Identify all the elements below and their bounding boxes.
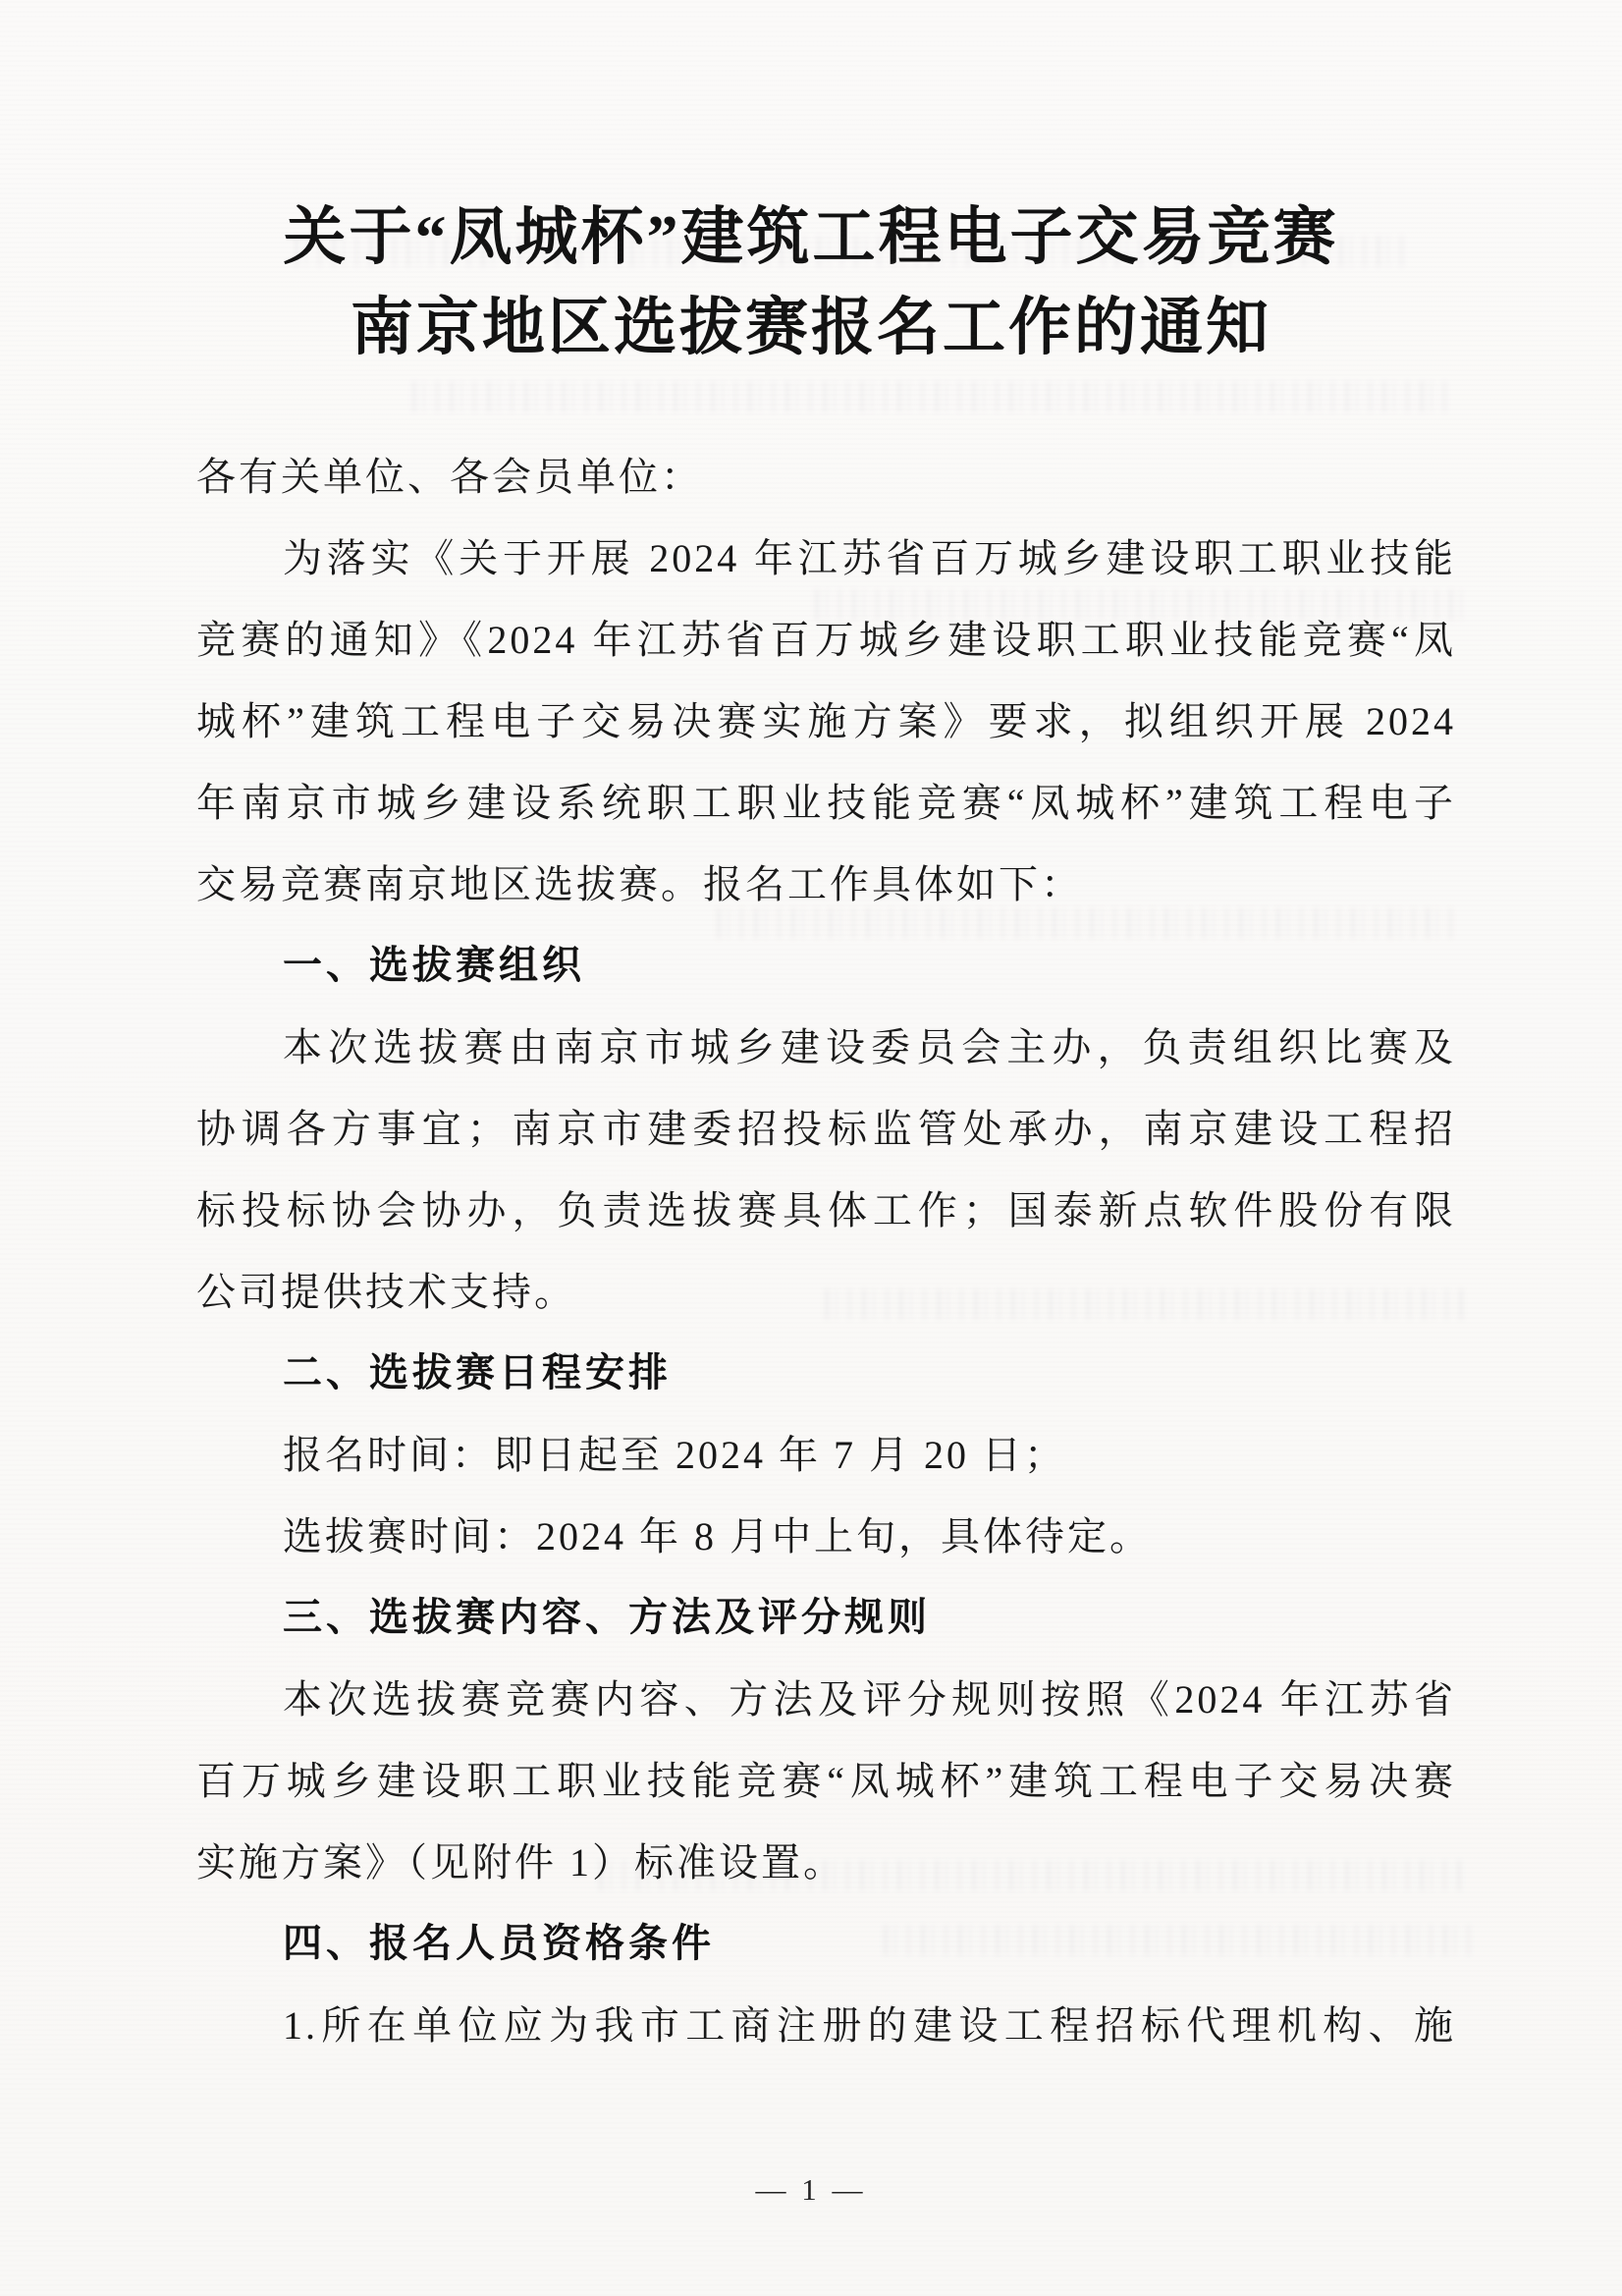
body-line: 标投标协会协办，负责选拔赛具体工作；国泰新点软件股份有限 bbox=[196, 1170, 1456, 1251]
scanned-notice-page: 关于“凤城杯”建筑工程电子交易竞赛 南京地区选拔赛报名工作的通知 各有关单位、各… bbox=[0, 0, 1622, 2296]
body-line: 公司提供技术支持。 bbox=[196, 1251, 1456, 1333]
section-heading-1: 一、选拔赛组织 bbox=[196, 925, 1456, 1007]
section-heading-2: 二、选拔赛日程安排 bbox=[196, 1333, 1456, 1414]
page-number: — 1 — bbox=[0, 2172, 1622, 2208]
document-title-line-2: 南京地区选拔赛报名工作的通知 bbox=[0, 283, 1622, 373]
body-line: 1.所在单位应为我市工商注册的建设工程招标代理机构、施 bbox=[196, 1985, 1456, 2066]
section-heading-3: 三、选拔赛内容、方法及评分规则 bbox=[196, 1577, 1456, 1659]
body-line: 报名时间：即日起至 2024 年 7 月 20 日； bbox=[196, 1414, 1456, 1496]
section-heading-4: 四、报名人员资格条件 bbox=[196, 1903, 1456, 1985]
body-line: 交易竞赛南京地区选拔赛。报名工作具体如下： bbox=[196, 844, 1456, 925]
body-line: 协调各方事宜；南京市建委招投标监管处承办，南京建设工程招 bbox=[196, 1088, 1456, 1170]
body-line: 实施方案》（见附件 1）标准设置。 bbox=[196, 1822, 1456, 1903]
body-line: 本次选拔赛竞赛内容、方法及评分规则按照《2024 年江苏省 bbox=[196, 1659, 1456, 1740]
body-line: 竞赛的通知》《2024 年江苏省百万城乡建设职工职业技能竞赛“凤 bbox=[196, 599, 1456, 681]
body-line: 选拔赛时间：2024 年 8 月中上旬，具体待定。 bbox=[196, 1496, 1456, 1577]
document-title: 关于“凤城杯”建筑工程电子交易竞赛 南京地区选拔赛报名工作的通知 bbox=[0, 192, 1622, 373]
document-body: 各有关单位、各会员单位： 为落实《关于开展 2024 年江苏省百万城乡建设职工职… bbox=[196, 436, 1456, 2066]
bleed-through-artifact bbox=[412, 381, 1453, 412]
body-line: 百万城乡建设职工职业技能竞赛“凤城杯”建筑工程电子交易决赛 bbox=[196, 1740, 1456, 1822]
body-line: 年南京市城乡建设系统职工职业技能竞赛“凤城杯”建筑工程电子 bbox=[196, 762, 1456, 844]
document-title-line-1: 关于“凤城杯”建筑工程电子交易竞赛 bbox=[0, 192, 1622, 283]
body-line: 本次选拔赛由南京市城乡建设委员会主办，负责组织比赛及 bbox=[196, 1007, 1456, 1088]
body-line: 为落实《关于开展 2024 年江苏省百万城乡建设职工职业技能 bbox=[196, 518, 1456, 599]
salutation-line: 各有关单位、各会员单位： bbox=[196, 436, 1456, 518]
body-line: 城杯”建筑工程电子交易决赛实施方案》要求，拟组织开展 2024 bbox=[196, 681, 1456, 762]
